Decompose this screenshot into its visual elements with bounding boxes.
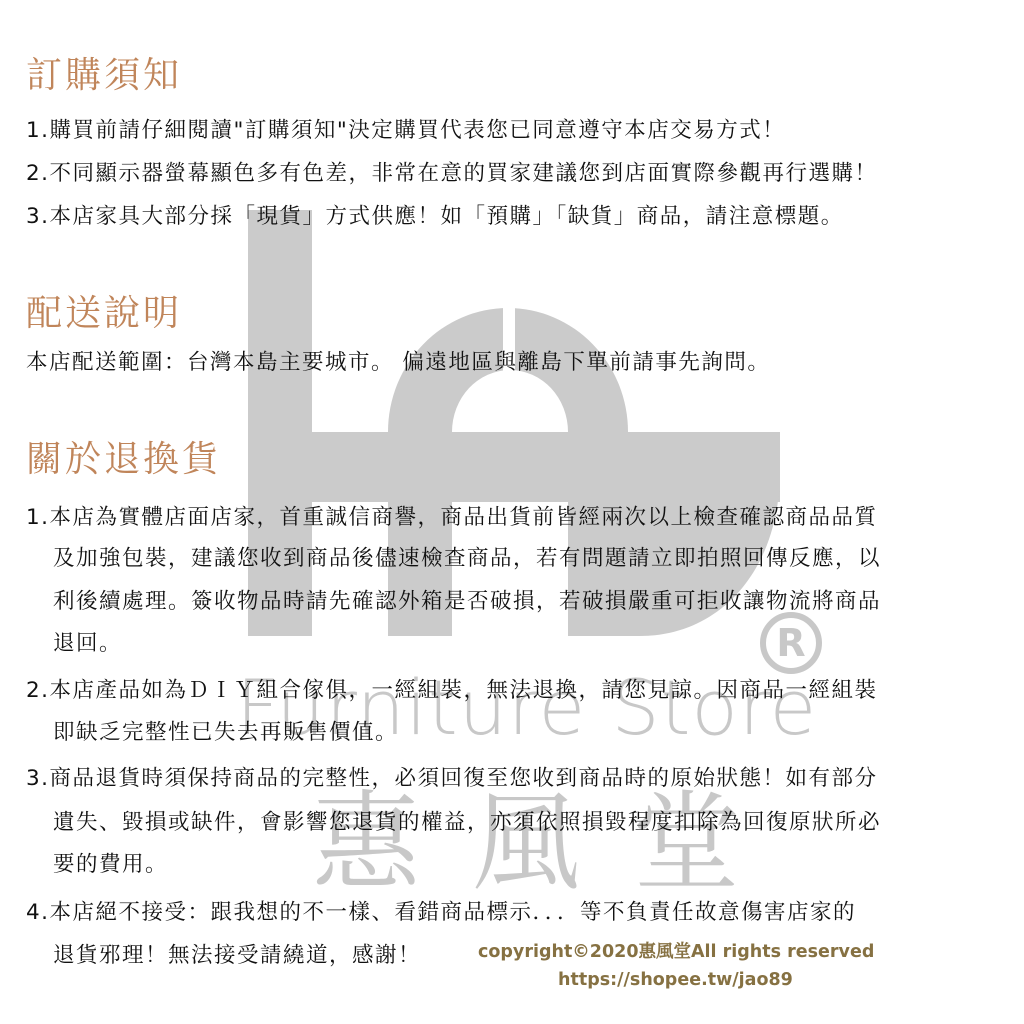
returns-item-line: 要的費用。 (53, 854, 168, 876)
returns-item-line: 遺失、毀損或缺件，會影響您退貨的權益，亦須依照損毀程度扣除為回復原狀所必 (53, 812, 881, 834)
returns-item-line: 即缺乏完整性已失去再販售價值。 (53, 722, 398, 744)
returns-item-line: 利後續處理。簽收物品時請先確認外箱是否破損，若破損嚴重可拒收讓物流將商品 (53, 591, 881, 613)
ordering-line: 3.本店家具大部分採「現貨」方式供應！如「預購」「缺貨」商品，請注意標題。 (26, 206, 844, 228)
returns-item-line: 退貨邪理！無法接受請繞道，感謝！ (53, 945, 421, 967)
returns-item-line: 及加強包裝，建議您收到商品後儘速檢查商品，若有問題請立即拍照回傳反應，以 (53, 548, 881, 570)
watermark-brand-chinese: 惠風堂 (312, 790, 792, 898)
returns-item-line: 4.本店絕不接受：跟我想的不一樣、看錯商品標示．．．等不負責任故意傷害店家的 (26, 902, 856, 924)
copyright-text: copyright©2020惠風堂All rights reserved (478, 944, 874, 962)
delivery-title: 配送說明 (26, 296, 182, 332)
shop-url-link[interactable]: https://shopee.tw/jao89 (558, 972, 793, 990)
ordering-title: 訂購須知 (26, 58, 182, 94)
ordering-line: 2.不同顯示器螢幕顯色多有色差，非常在意的買家建議您到店面實際參觀再行選購！ (26, 163, 878, 185)
registered-trademark-icon: R (760, 612, 822, 674)
returns-item-line: 2.本店產品如為ＤＩＹ組合傢俱，一經組裝，無法退換，請您見諒。因商品一經組裝 (26, 680, 878, 702)
returns-title: 關於退換貨 (26, 442, 221, 478)
ordering-line: 1.購買前請仔細閱讀"訂購須知"決定購買代表您已同意遵守本店交易方式！ (26, 120, 785, 142)
returns-item-line: 退回。 (53, 633, 122, 655)
returns-item-line: 1.本店為實體店面店家，首重誠信商譽，商品出貨前皆經兩次以上檢查確認商品品質 (26, 507, 878, 529)
delivery-line: 本店配送範圍：台灣本島主要城市。 偏遠地區與離島下單前請事先詢問。 (26, 352, 770, 374)
returns-item-line: 3.商品退貨時須保持商品的完整性，必須回復至您收到商品時的原始狀態！如有部分 (26, 768, 878, 790)
